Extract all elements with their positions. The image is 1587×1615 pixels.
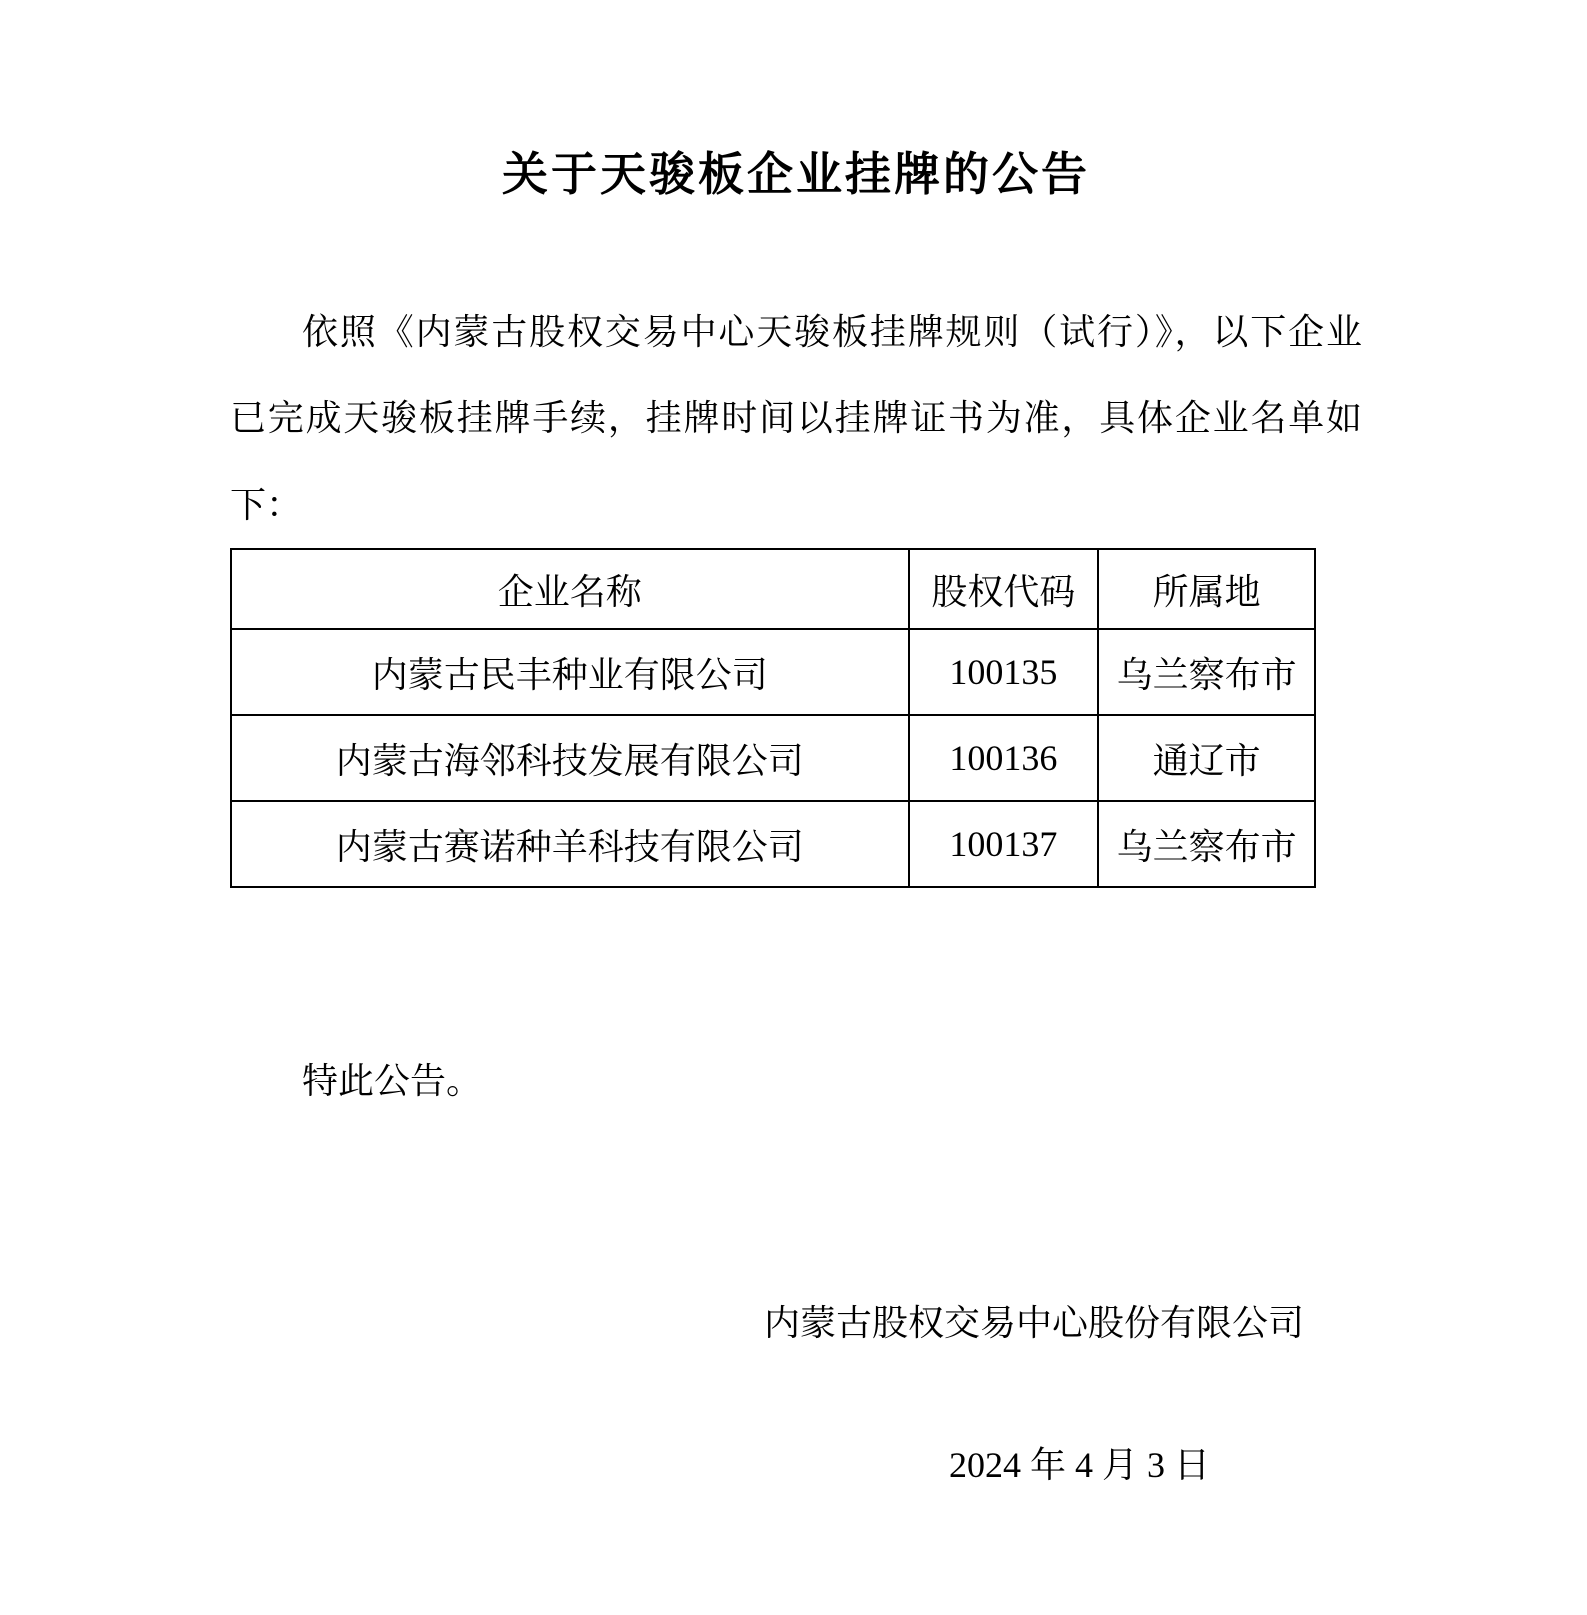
cell-equity-code: 100137 bbox=[909, 801, 1099, 887]
document-content: 关于天骏板企业挂牌的公告 依照《内蒙古股权交易中心天骏板挂牌规则（试行）》，以下… bbox=[230, 0, 1362, 1489]
paragraph-line: 已完成天骏板挂牌手续，挂牌时间以挂牌证书为准，具体企业名单如 bbox=[230, 375, 1362, 461]
page-title: 关于天骏板企业挂牌的公告 bbox=[230, 0, 1362, 209]
table-row: 内蒙古海邻科技发展有限公司 100136 通辽市 bbox=[231, 715, 1315, 801]
cell-region: 乌兰察布市 bbox=[1098, 801, 1315, 887]
paragraph-line: 下： bbox=[230, 462, 1362, 548]
paragraph-line: 依照《内蒙古股权交易中心天骏板挂牌规则（试行）》，以下企业 bbox=[230, 289, 1362, 375]
header-region: 所属地 bbox=[1098, 549, 1315, 629]
cell-company-name: 内蒙古赛诺种羊科技有限公司 bbox=[231, 801, 909, 887]
cell-equity-code: 100136 bbox=[909, 715, 1099, 801]
intro-paragraph: 依照《内蒙古股权交易中心天骏板挂牌规则（试行）》，以下企业 已完成天骏板挂牌手续… bbox=[230, 289, 1362, 548]
table-row: 内蒙古民丰种业有限公司 100135 乌兰察布市 bbox=[231, 629, 1315, 715]
announcement-page: 关于天骏板企业挂牌的公告 依照《内蒙古股权交易中心天骏板挂牌规则（试行）》，以下… bbox=[0, 0, 1587, 1615]
cell-company-name: 内蒙古民丰种业有限公司 bbox=[231, 629, 909, 715]
cell-region: 通辽市 bbox=[1098, 715, 1315, 801]
announcement-date: 2024 年 4 月 3 日 bbox=[230, 1442, 1362, 1489]
cell-region: 乌兰察布市 bbox=[1098, 629, 1315, 715]
cell-company-name: 内蒙古海邻科技发展有限公司 bbox=[231, 715, 909, 801]
table-row: 内蒙古赛诺种羊科技有限公司 100137 乌兰察布市 bbox=[231, 801, 1315, 887]
cell-equity-code: 100135 bbox=[909, 629, 1099, 715]
closing-statement: 特此公告。 bbox=[230, 1058, 1362, 1105]
table-header-row: 企业名称 股权代码 所属地 bbox=[231, 549, 1315, 629]
company-listing-table: 企业名称 股权代码 所属地 内蒙古民丰种业有限公司 100135 乌兰察布市 内… bbox=[230, 548, 1316, 888]
header-company-name: 企业名称 bbox=[231, 549, 909, 629]
issuer-signature: 内蒙古股权交易中心股份有限公司 bbox=[230, 1300, 1362, 1347]
header-equity-code: 股权代码 bbox=[909, 549, 1099, 629]
